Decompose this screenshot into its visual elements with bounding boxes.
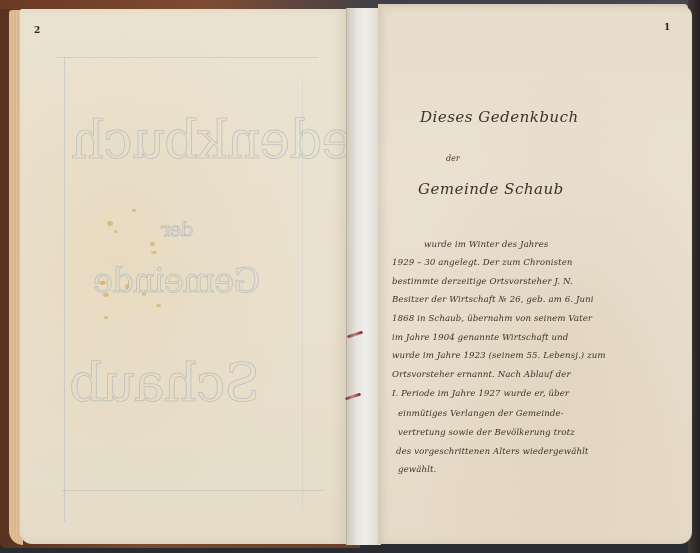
foxing-stain xyxy=(150,242,155,246)
body-line: gewählt. xyxy=(398,465,436,475)
frame-line-bottom xyxy=(62,490,324,491)
showthrough-text-4: Schaub xyxy=(70,354,260,414)
binding-stitch xyxy=(345,393,361,401)
left-page-number: 2 xyxy=(34,26,40,36)
document-scan: 2 Gedenkbuch der Gemeinde Schaub 1 Diese… xyxy=(0,0,700,553)
foxing-stain xyxy=(103,293,109,297)
foxing-stain xyxy=(142,292,146,296)
frame-line-left xyxy=(64,57,65,522)
left-page: 2 Gedenkbuch der Gemeinde Schaub xyxy=(20,9,346,544)
foxing-stain xyxy=(107,221,113,226)
foxing-stain xyxy=(100,281,105,285)
body-line: vertretung sowie der Bevölkerung trotz xyxy=(398,428,575,438)
body-line: wurde im Winter des Jahres xyxy=(424,240,548,250)
title-line-2: der xyxy=(446,154,460,163)
showthrough-text-3: Gemeinde xyxy=(94,261,260,301)
showthrough-text-2: der xyxy=(162,217,193,241)
foxing-stain xyxy=(104,316,108,319)
foxing-stain xyxy=(114,230,117,233)
binding-stitch xyxy=(347,331,363,339)
foxing-stain xyxy=(151,251,157,254)
book-gutter xyxy=(346,8,381,545)
body-line: im Jahre 1904 genannte Wirtschaft und xyxy=(392,333,568,343)
body-line: 1868 in Schaub, übernahm von seinem Vate… xyxy=(392,314,592,324)
body-line: einmütiges Verlangen der Gemeinde- xyxy=(398,409,564,419)
body-line: I. Periode im Jahre 1927 wurde er, über xyxy=(392,389,569,399)
right-page: 1 Dieses Gedenkbuch der Gemeinde Schaub … xyxy=(378,6,692,544)
body-line: des vorgeschrittenen Alters wiedergewähl… xyxy=(396,447,588,457)
body-line: bestimmte derzeitige Ortsvorsteher J. N. xyxy=(392,277,573,287)
body-line: wurde im Jahre 1923 (seinem 55. Lebensj.… xyxy=(392,351,606,361)
frame-line-top xyxy=(56,57,318,58)
body-line: Besitzer der Wirtschaft № 26, geb. am 6.… xyxy=(392,295,594,305)
foxing-stain xyxy=(156,304,161,307)
body-line: 1929 – 30 angelegt. Der zum Chronisten xyxy=(392,258,573,268)
showthrough-text-1: Gedenkbuch xyxy=(72,111,393,171)
foxing-stain xyxy=(125,284,129,289)
right-page-number: 1 xyxy=(664,23,670,33)
body-line: Ortsvorsteher ernannt. Nach Ablauf der xyxy=(392,370,571,380)
foxing-stain xyxy=(132,209,136,212)
title-line-3: Gemeinde Schaub xyxy=(418,180,564,198)
title-line-1: Dieses Gedenkbuch xyxy=(420,108,579,126)
